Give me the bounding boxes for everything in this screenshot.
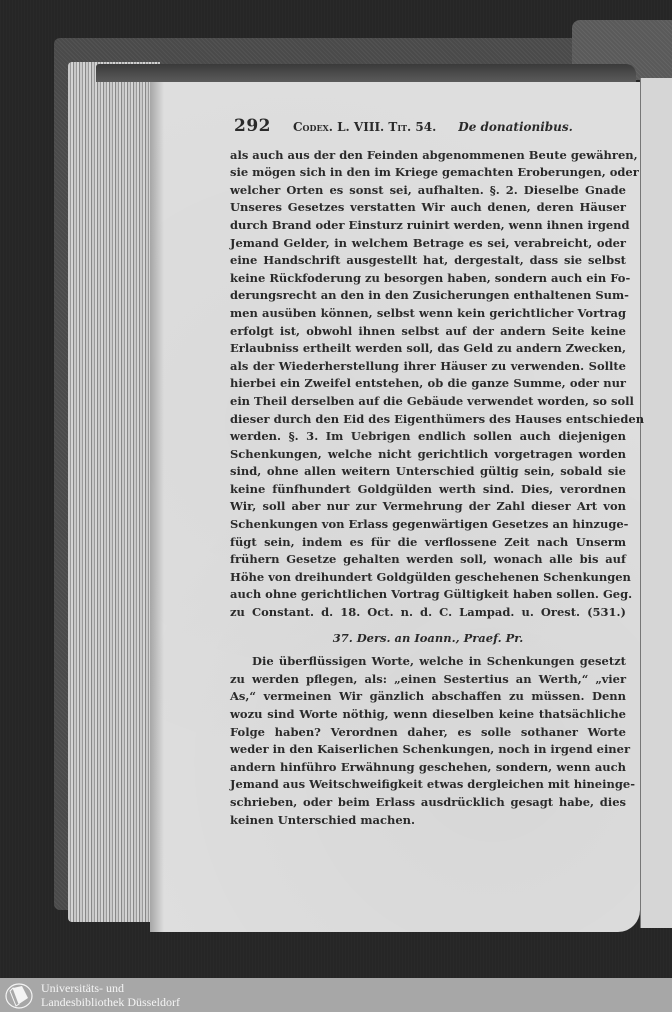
text-line: hierbei ein Zweifel entstehen, ob die ga… xyxy=(230,375,626,393)
text-line: Wir, soll aber nur zur Vermehrung der Za… xyxy=(230,498,626,516)
running-head: 292 Codex. L. VIII. Tit. 54. De donation… xyxy=(234,118,626,137)
page-top-shadow xyxy=(96,64,636,82)
text-line: durch Brand oder Einsturz ruinirt werden… xyxy=(230,217,626,235)
text-line: Erlaubniss ertheilt werden soll, das Gel… xyxy=(230,340,626,358)
text-line: Die überflüssigen Worte, welche in Schen… xyxy=(230,653,626,671)
library-name-line2: Landesbibliothek Düsseldorf xyxy=(41,995,180,1009)
text-line: fügt sein, indem es für die verflossene … xyxy=(230,534,626,552)
text-line: Höhe von dreihundert Goldgülden geschehe… xyxy=(230,569,626,587)
text-line: Schenkungen, welche nicht gerichtlich vo… xyxy=(230,446,626,464)
text-line: erfolgt ist, obwohl ihnen selbst auf der… xyxy=(230,323,626,341)
paragraph-1: als auch aus der den Feinden abgenommene… xyxy=(230,147,626,622)
text-line: Jemand Gelder, in welchem Betrage es sei… xyxy=(230,235,626,253)
text-line: frühern Gesetze gehalten werden soll, wo… xyxy=(230,551,626,569)
page-number: 292 xyxy=(234,118,271,136)
library-name-line1: Universitäts- und xyxy=(41,981,180,995)
book-icon xyxy=(4,982,34,1010)
text-line: zu Constant. d. 18. Oct. n. d. C. Lampad… xyxy=(230,604,626,622)
text-line: sind, ohne allen weitern Unterschied gül… xyxy=(230,463,626,481)
page-gutter-shadow xyxy=(150,82,164,932)
section-heading-37: 37. Ders. an Ioann., Praef. Pr. xyxy=(230,630,626,648)
text-line: wozu sind Worte nöthig, wenn dieselben k… xyxy=(230,706,626,724)
text-line: sie mögen sich in den im Kriege gemachte… xyxy=(230,164,626,182)
running-subtitle: De donationibus. xyxy=(458,119,573,137)
text-line: welcher Orten es sonst sei, aufhalten. §… xyxy=(230,182,626,200)
text-line: andern hinführo Erwähnung geschehen, son… xyxy=(230,759,626,777)
text-line: ein Theil derselben auf die Gebäude verw… xyxy=(230,393,626,411)
text-line: As,“ vermeinen Wir gänzlich abschaffen z… xyxy=(230,688,626,706)
text-line: keinen Unterschied machen. xyxy=(230,812,626,830)
text-line: als der Wiederherstellung ihrer Häuser z… xyxy=(230,358,626,376)
text-line: Unseres Gesetzes verstatten Wir auch den… xyxy=(230,199,626,217)
text-line: keine Rückfoderung zu besorgen haben, so… xyxy=(230,270,626,288)
page-edges xyxy=(68,62,160,922)
text-line: Folge haben? Verordnen daher, es solle s… xyxy=(230,724,626,742)
text-line: zu werden pflegen, als: „einen Sestertiu… xyxy=(230,671,626,689)
library-name: Universitäts- und Landesbibliothek Düsse… xyxy=(41,981,180,1009)
running-title: Codex. L. VIII. Tit. 54. xyxy=(293,119,436,137)
text-line: dieser durch den Eid des Eigenthümers de… xyxy=(230,411,626,429)
paragraph-37: Die überflüssigen Worte, welche in Schen… xyxy=(230,653,626,829)
text-line: derungsrecht an den in den Zusicherungen… xyxy=(230,287,626,305)
text-line: werden. §. 3. Im Uebrigen endlich sollen… xyxy=(230,428,626,446)
text-line: auch ohne gerichtlichen Vortrag Gültigke… xyxy=(230,586,626,604)
page-text: 292 Codex. L. VIII. Tit. 54. De donation… xyxy=(230,118,626,829)
text-line: Schenkungen von Erlass gegenwärtigen Ges… xyxy=(230,516,626,534)
text-line: men ausüben können, selbst wenn kein ger… xyxy=(230,305,626,323)
text-line: als auch aus der den Feinden abgenommene… xyxy=(230,147,626,165)
text-line: weder in den Kaiserlichen Schenkungen, n… xyxy=(230,741,626,759)
text-line: schrieben, oder beim Erlass ausdrücklich… xyxy=(230,794,626,812)
facing-page-edge xyxy=(640,78,672,928)
text-line: eine Handschrift ausgestellt hat, derges… xyxy=(230,252,626,270)
text-line: keine fünfhundert Goldgülden werth sind.… xyxy=(230,481,626,499)
text-line: Jemand aus Weitschweifigkeit etwas dergl… xyxy=(230,776,626,794)
